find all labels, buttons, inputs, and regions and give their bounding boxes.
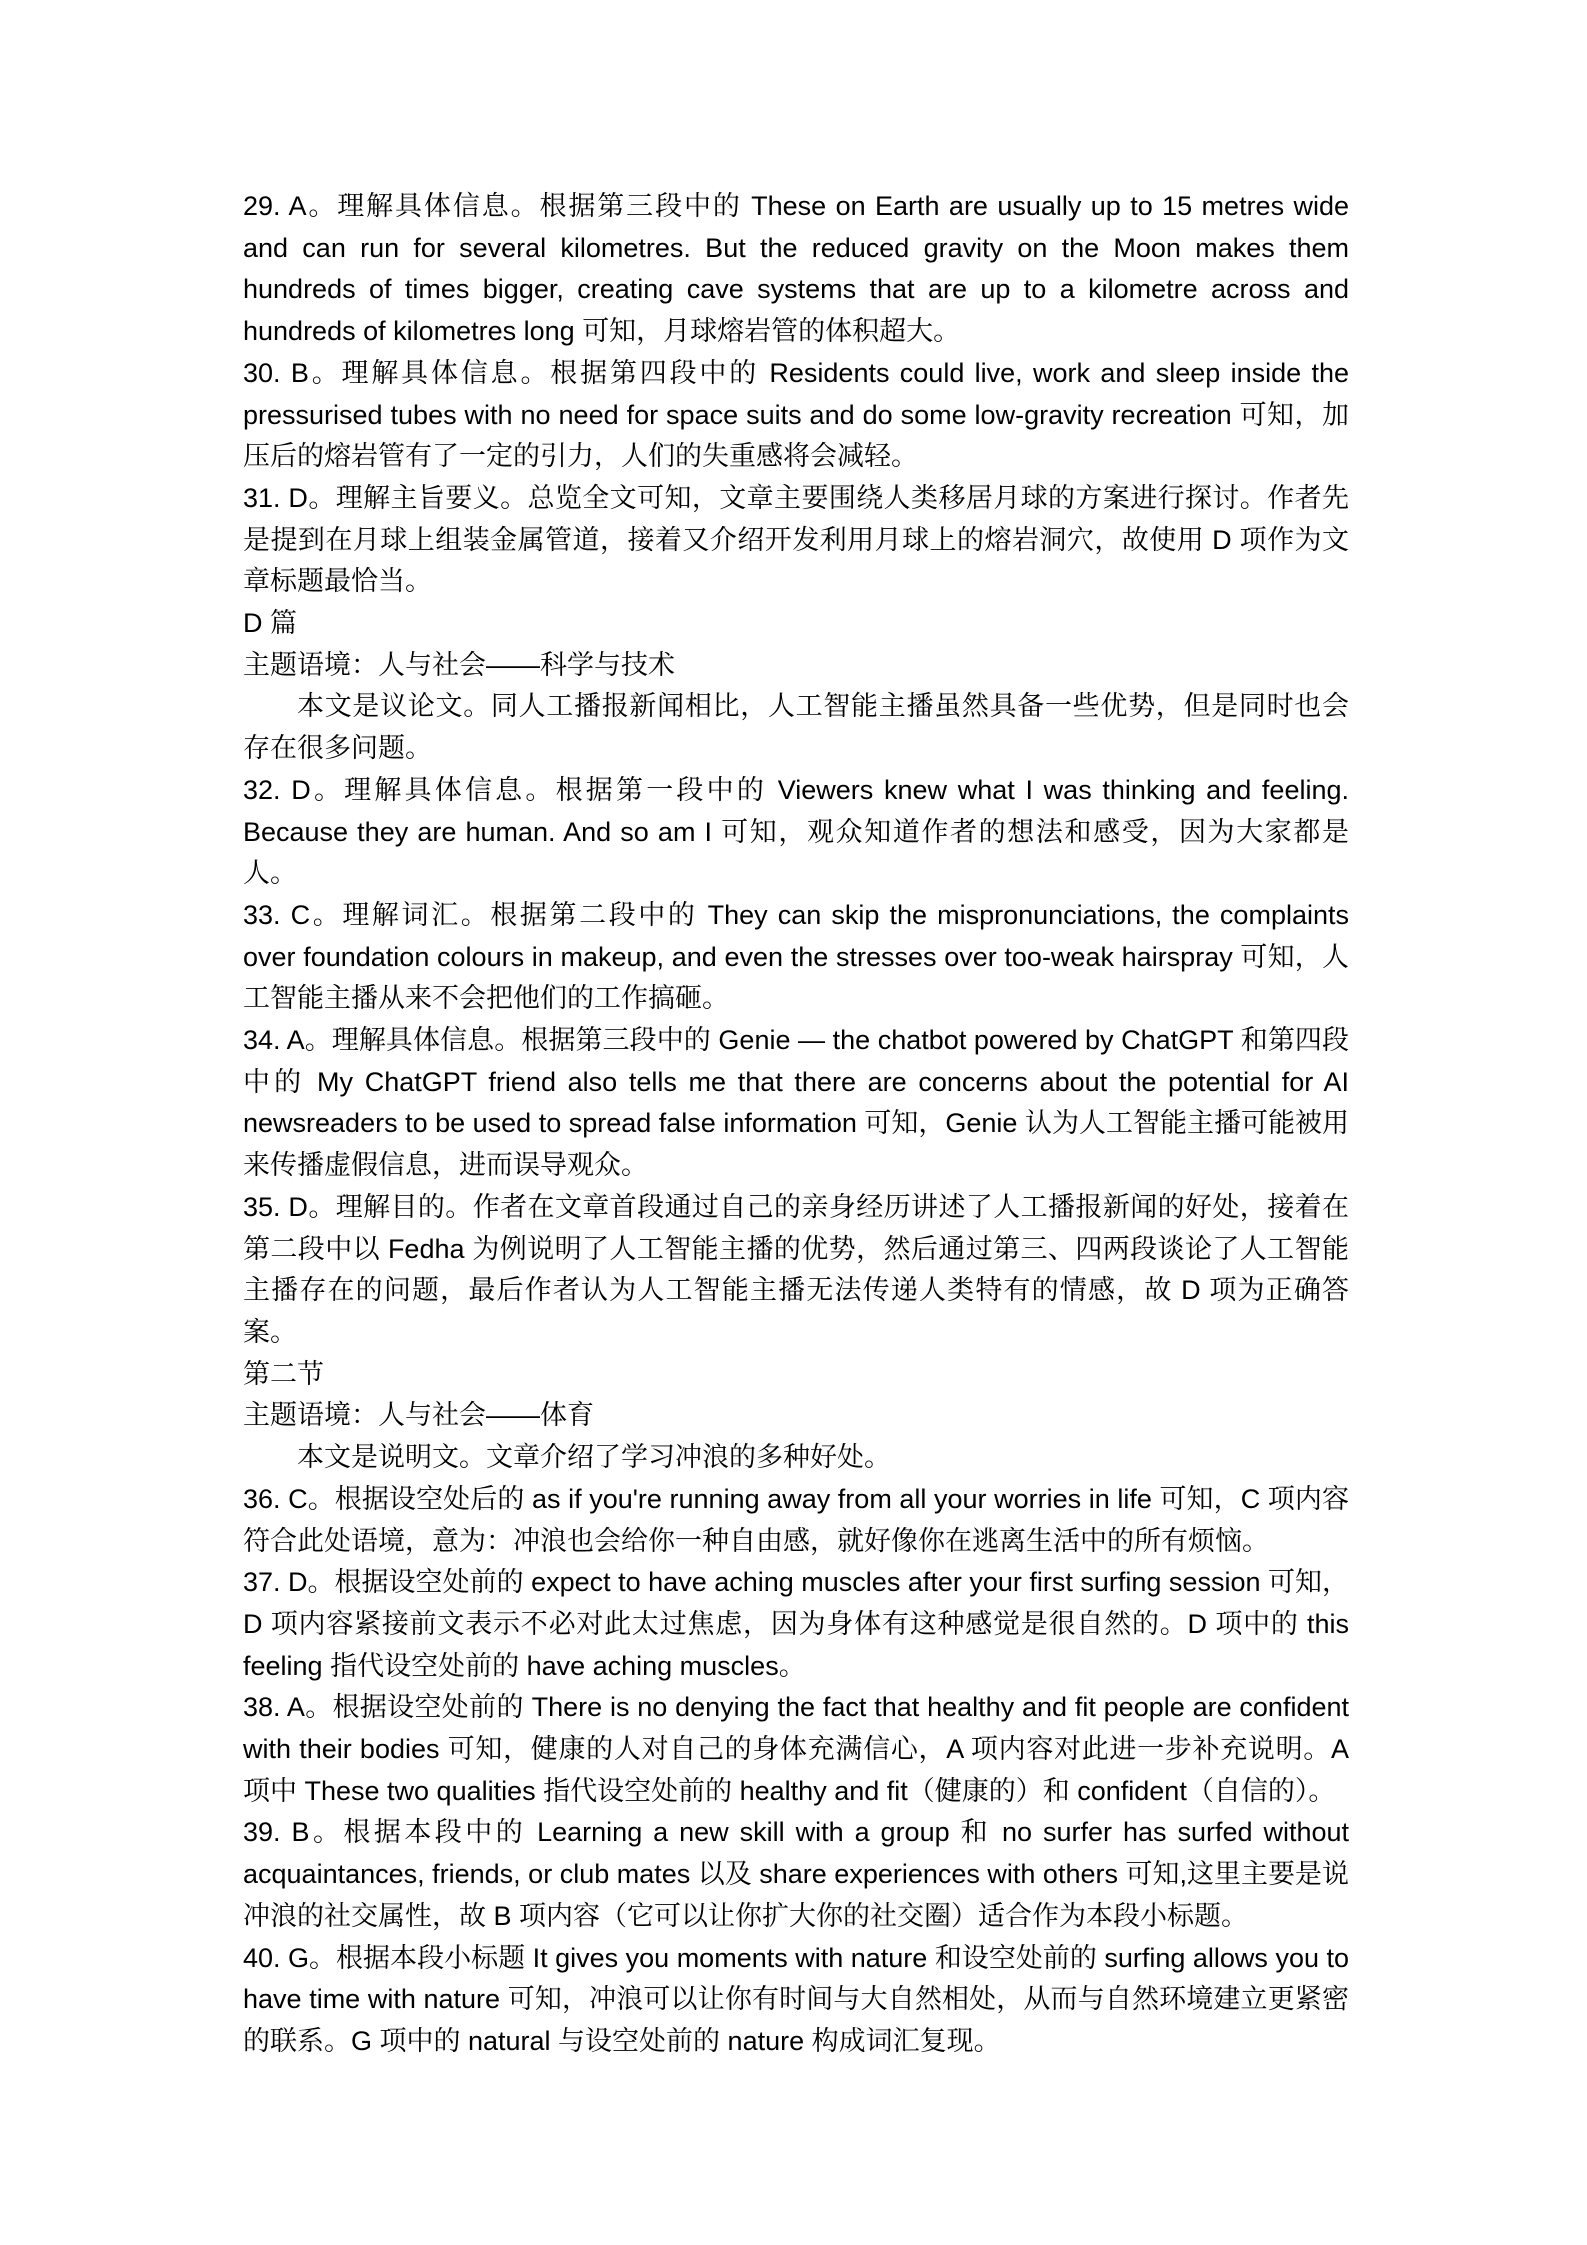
passage-d-summary: 本文是议论文。同人工播报新闻相比，人工智能主播虽然具备一些优势，但是同时也会存在… <box>243 686 1349 769</box>
answer-item-37: 37. D。根据设空处前的 expect to have aching musc… <box>243 1562 1349 1687</box>
document-page: 29. A。理解具体信息。根据第三段中的 These on Earth are … <box>0 0 1587 2245</box>
answer-item-39: 39. B。根据本段中的 Learning a new skill with a… <box>243 1812 1349 1937</box>
answer-item-33: 33. C。理解词汇。根据第二段中的 They can skip the mis… <box>243 895 1349 1020</box>
theme-context-passage-d: 主题语境：人与社会——科学与技术 <box>243 645 1349 687</box>
answer-item-29: 29. A。理解具体信息。根据第三段中的 These on Earth are … <box>243 186 1349 353</box>
theme-context-section-2: 主题语境：人与社会——体育 <box>243 1395 1349 1437</box>
answer-item-31: 31. D。理解主旨要义。总览全文可知，文章主要围绕人类移居月球的方案进行探讨。… <box>243 478 1349 603</box>
answer-item-40: 40. G。根据本段小标题 It gives you moments with … <box>243 1938 1349 2063</box>
answer-item-35: 35. D。理解目的。作者在文章首段通过自己的亲身经历讲述了人工播报新闻的好处，… <box>243 1187 1349 1354</box>
answer-item-30: 30. B。理解具体信息。根据第四段中的 Residents could liv… <box>243 353 1349 478</box>
answer-item-36: 36. C。根据设空处后的 as if you're running away … <box>243 1479 1349 1562</box>
passage-d-label: D 篇 <box>243 603 1349 645</box>
answer-key-text-block: 29. A。理解具体信息。根据第三段中的 These on Earth are … <box>243 186 1349 2063</box>
answer-item-34: 34. A。理解具体信息。根据第三段中的 Genie — the chatbot… <box>243 1020 1349 1187</box>
answer-item-38: 38. A。根据设空处前的 There is no denying the fa… <box>243 1687 1349 1812</box>
section-2-summary: 本文是说明文。文章介绍了学习冲浪的多种好处。 <box>243 1437 1349 1479</box>
section-2-label: 第二节 <box>243 1354 1349 1396</box>
answer-item-32: 32. D。理解具体信息。根据第一段中的 Viewers knew what I… <box>243 770 1349 895</box>
